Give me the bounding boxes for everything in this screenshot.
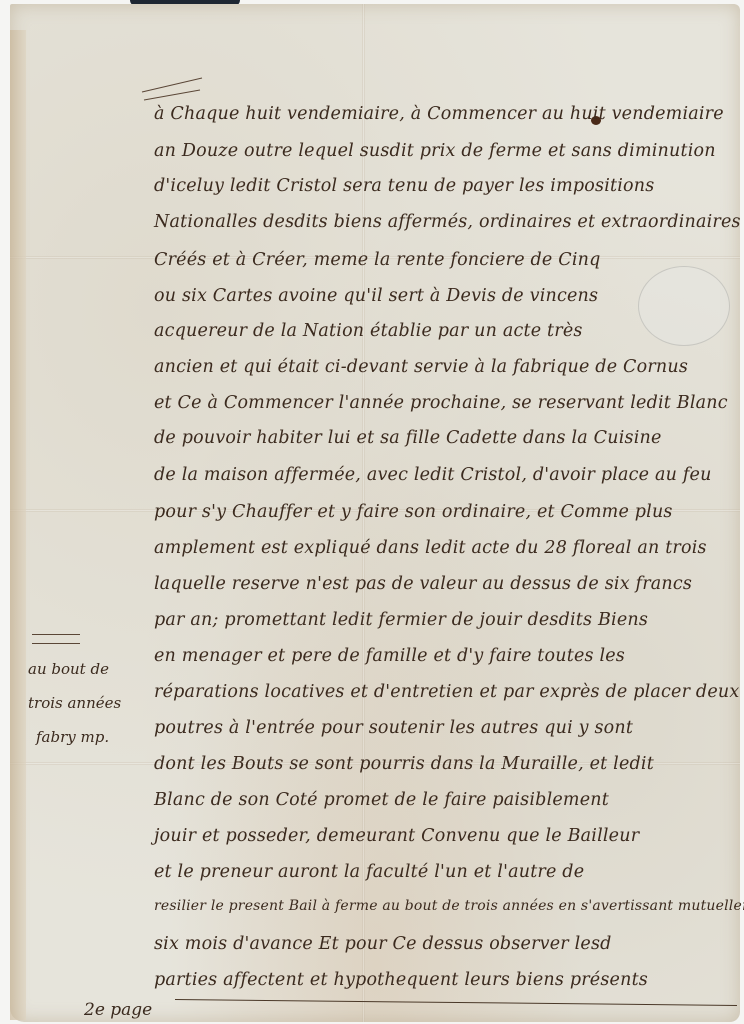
manuscript-line: laquelle reserve n'est pas de valeur au … xyxy=(154,574,744,594)
manuscript-line: acquereur de la Nation établie par un ac… xyxy=(154,321,744,341)
manuscript-line: de pouvoir habiter lui et sa fille Cadet… xyxy=(154,428,744,448)
manuscript-line: ancien et qui était ci-devant servie à l… xyxy=(154,357,744,377)
page-left-edge xyxy=(10,30,26,1020)
manuscript-line: et le preneur auront la faculté l'un et … xyxy=(154,862,744,882)
manuscript-line: six mois d'avance Et pour Ce dessus obse… xyxy=(154,934,744,954)
manuscript-line: par an; promettant ledit fermier de joui… xyxy=(154,610,744,630)
page-marker: 2e page xyxy=(84,1000,152,1020)
flourish-mark xyxy=(140,74,210,104)
manuscript-line: an Douze outre lequel susdit prix de fer… xyxy=(154,141,744,161)
manuscript-line: d'iceluy ledit Cristol sera tenu de paye… xyxy=(154,176,744,196)
manuscript-line: Nationalles desdits biens affermés, ordi… xyxy=(154,212,744,232)
manuscript-line: Blanc de son Coté promet de le faire pai… xyxy=(154,790,744,810)
manuscript-line: en menager et pere de famille et d'y fai… xyxy=(154,646,744,666)
manuscript-line: dont les Bouts se sont pourris dans la M… xyxy=(154,754,744,774)
manuscript-line: Créés et à Créer, meme la rente fonciere… xyxy=(154,250,744,270)
manuscript-line: amplement est expliqué dans ledit acte d… xyxy=(154,538,744,558)
margin-note-signature: fabry mp. xyxy=(36,728,109,746)
margin-note-line: trois années xyxy=(28,694,121,712)
manuscript-line: de la maison affermée, avec ledit Cristo… xyxy=(154,465,744,485)
manuscript-line: réparations locatives et d'entretien et … xyxy=(154,682,744,702)
manuscript-line: ou six Cartes avoine qu'il sert à Devis … xyxy=(154,286,744,306)
manuscript-line: resilier le present Bail à ferme au bout… xyxy=(154,898,744,914)
manuscript-line: pour s'y Chauffer et y faire son ordinai… xyxy=(154,502,744,522)
margin-rule xyxy=(32,634,80,644)
manuscript-line: à Chaque huit vendemiaire, à Commencer a… xyxy=(154,104,744,124)
margin-note-line: au bout de xyxy=(28,660,109,678)
manuscript-line: parties affectent et hypothequent leurs … xyxy=(154,970,744,990)
manuscript-line: jouir et posseder, demeurant Convenu que… xyxy=(154,826,744,846)
manuscript-line: et Ce à Commencer l'année prochaine, se … xyxy=(154,393,744,413)
manuscript-line: poutres à l'entrée pour soutenir les aut… xyxy=(154,718,744,738)
